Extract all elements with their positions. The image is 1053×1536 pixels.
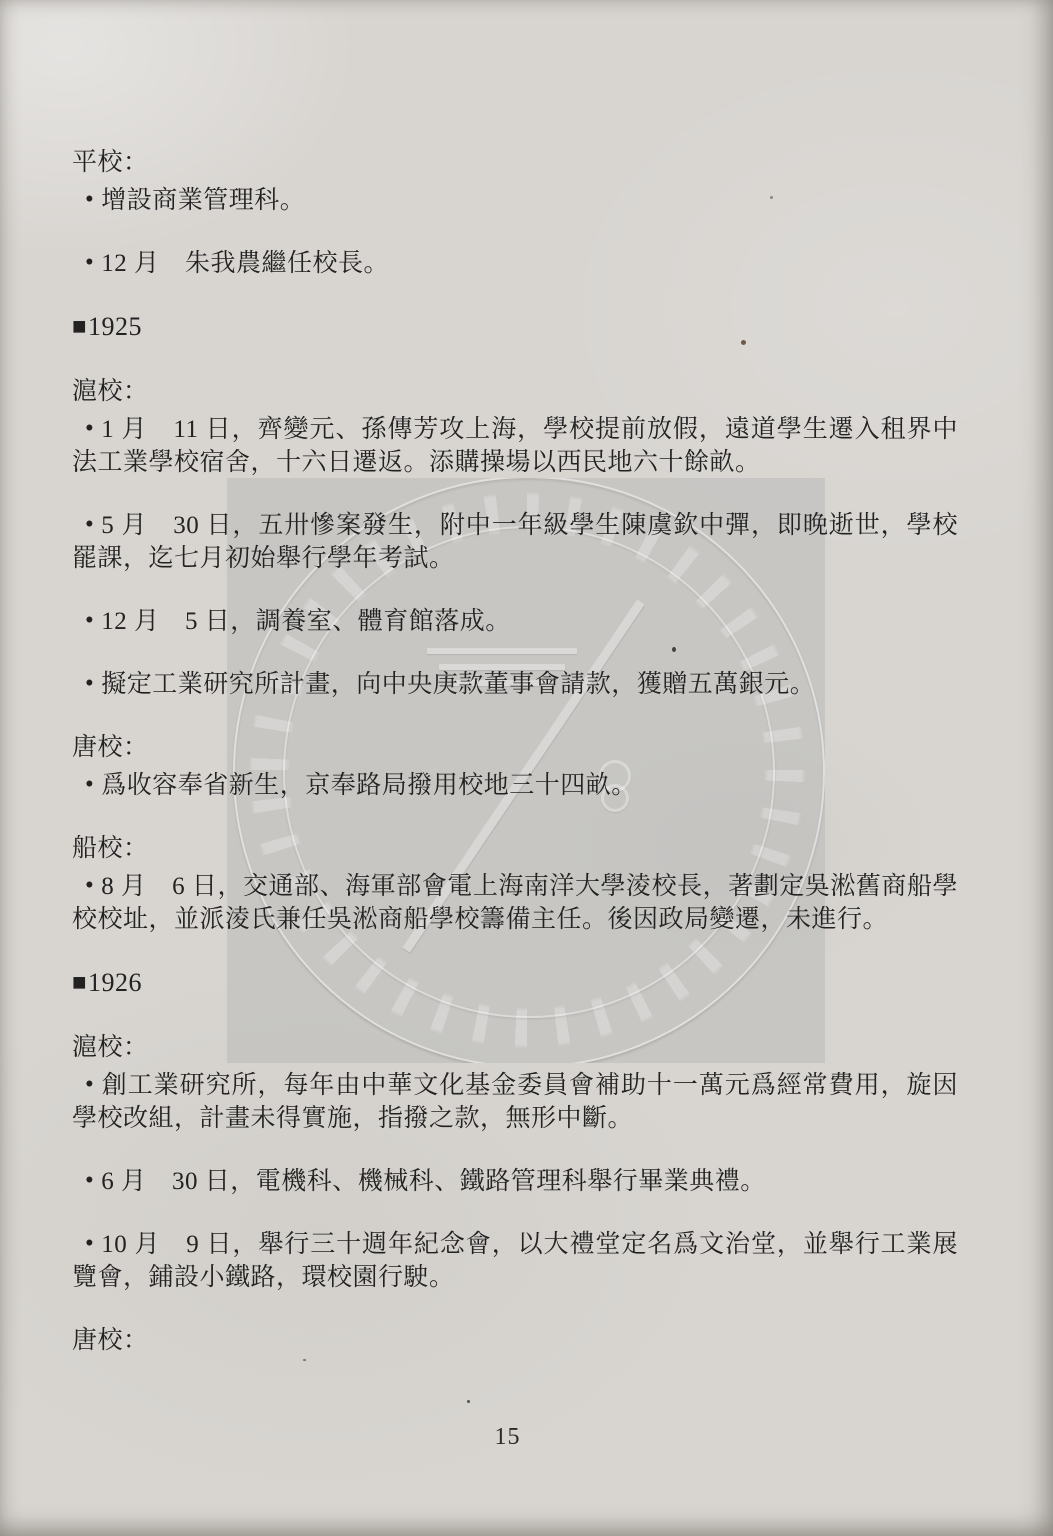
timeline-entry: •12 月 朱我農繼任校長。	[72, 247, 958, 280]
section-heading-hu-school-2: 滬校：	[72, 1031, 958, 1064]
scan-speck	[467, 1400, 470, 1403]
entry-text: 12 月 5 日，調養室、體育館落成。	[101, 608, 511, 635]
bullet-icon: •	[85, 1068, 94, 1101]
timeline-entry: •8 月 6 日，交通部、海軍部會電上海南洋大學淩校長，著劃定吳淞舊商船學校校址…	[72, 870, 958, 936]
year-marker-1925: ■1925	[72, 310, 958, 345]
scan-speck	[741, 340, 746, 345]
chronology-text-column: 平校： •增設商業管理科。 •12 月 朱我農繼任校長。 ■1925 滬校： •…	[72, 146, 958, 1362]
bullet-icon: •	[85, 246, 94, 279]
timeline-entry: •增設商業管理科。	[72, 184, 958, 217]
page-number: 15	[0, 1424, 1053, 1451]
section-heading-chuan-school: 船校：	[72, 832, 958, 865]
square-bullet-icon: ■	[72, 967, 87, 1000]
scanned-document-page: 平校： •增設商業管理科。 •12 月 朱我農繼任校長。 ■1925 滬校： •…	[0, 0, 1053, 1536]
entry-text: 12 月 朱我農繼任校長。	[101, 250, 389, 277]
entry-text: 10 月 9 日，舉行三十週年紀念會，以大禮堂定名爲文治堂，並舉行工業展覽會，鋪…	[72, 1231, 958, 1291]
entry-text: 6 月 30 日，電機科、機械科、鐵路管理科舉行畢業典禮。	[101, 1168, 766, 1195]
bullet-icon: •	[85, 1164, 94, 1197]
timeline-entry: •12 月 5 日，調養室、體育館落成。	[72, 605, 958, 638]
square-bullet-icon: ■	[72, 311, 87, 344]
scan-speck	[672, 647, 676, 652]
entry-text: 5 月 30 日，五卅慘案發生，附中一年級學生陳虞欽中彈，即晚逝世，學校罷課，迄…	[72, 512, 958, 572]
entry-text: 擬定工業研究所計畫，向中央庚款董事會請款，獲贈五萬銀元。	[101, 671, 815, 698]
bullet-icon: •	[85, 667, 94, 700]
bullet-icon: •	[85, 604, 94, 637]
entry-text: 創工業研究所，每年由中華文化基金委員會補助十一萬元爲經常費用，旋因學校改組，計畫…	[72, 1072, 958, 1132]
bullet-icon: •	[85, 508, 94, 541]
timeline-entry: •10 月 9 日，舉行三十週年紀念會，以大禮堂定名爲文治堂，並舉行工業展覽會，…	[72, 1228, 958, 1294]
entry-text: 增設商業管理科。	[101, 187, 305, 214]
timeline-entry: •創工業研究所，每年由中華文化基金委員會補助十一萬元爲經常費用，旋因學校改組，計…	[72, 1069, 958, 1135]
timeline-entry: •擬定工業研究所計畫，向中央庚款董事會請款，獲贈五萬銀元。	[72, 668, 958, 701]
section-heading-hu-school: 滬校：	[72, 375, 958, 408]
bullet-icon: •	[85, 183, 94, 216]
entry-text: 爲收容奉省新生，京奉路局撥用校地三十四畝。	[101, 772, 637, 799]
bullet-icon: •	[85, 412, 94, 445]
scan-speck	[770, 196, 773, 199]
year-marker-1926: ■1926	[72, 966, 958, 1001]
timeline-entry: •6 月 30 日，電機科、機械科、鐵路管理科舉行畢業典禮。	[72, 1165, 958, 1198]
entry-text: 8 月 6 日，交通部、海軍部會電上海南洋大學淩校長，著劃定吳淞舊商船學校校址，…	[72, 873, 958, 933]
section-heading-tang-school: 唐校：	[72, 731, 958, 764]
bullet-icon: •	[85, 869, 94, 902]
timeline-entry: •1 月 11 日，齊變元、孫傳芳攻上海，學校提前放假，遠道學生遷入租界中法工業…	[72, 413, 958, 479]
entry-text: 1 月 11 日，齊變元、孫傳芳攻上海，學校提前放假，遠道學生遷入租界中法工業學…	[72, 416, 958, 476]
bullet-icon: •	[85, 768, 94, 801]
scan-speck	[303, 1359, 306, 1361]
timeline-entry: •爲收容奉省新生，京奉路局撥用校地三十四畝。	[72, 769, 958, 802]
section-heading-tang-school-2: 唐校：	[72, 1324, 958, 1357]
bullet-icon: •	[85, 1227, 94, 1260]
year-text: 1926	[88, 968, 142, 997]
section-heading-ping-school: 平校：	[72, 146, 958, 179]
timeline-entry: •5 月 30 日，五卅慘案發生，附中一年級學生陳虞欽中彈，即晚逝世，學校罷課，…	[72, 509, 958, 575]
year-text: 1925	[88, 312, 142, 341]
